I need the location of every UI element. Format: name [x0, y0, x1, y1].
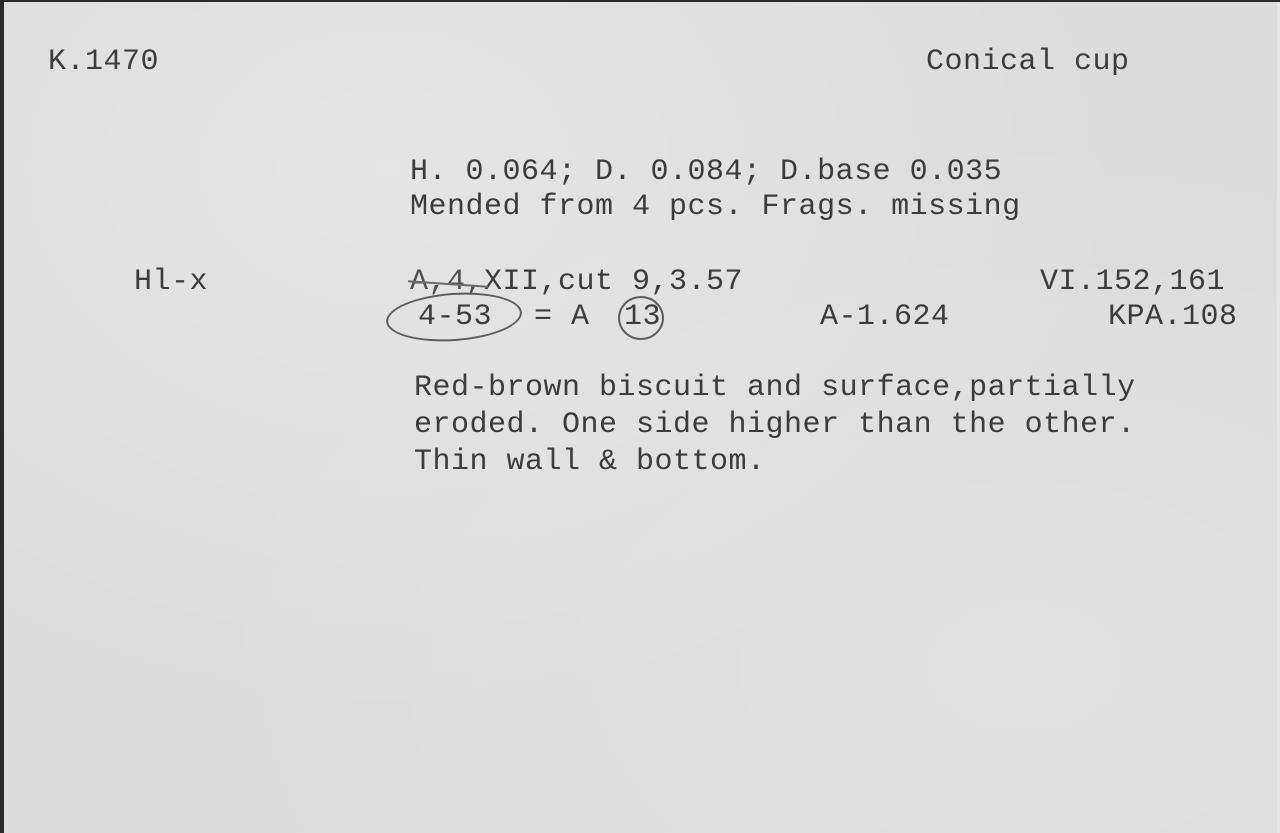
dimensions: H. 0.064; D. 0.084; D.base 0.035 [410, 154, 1002, 190]
description-line-3: Thin wall & bottom. [414, 444, 766, 480]
context-location: XII,cut 9,3.57 [484, 265, 743, 299]
side-code: Hl-x [134, 264, 208, 300]
circled-lot: 13 [624, 299, 661, 335]
description-line-1: Red-brown biscuit and surface,partially [414, 370, 1136, 406]
context-line: A,4,XII,cut 9,3.57 [410, 264, 743, 300]
description-line-2: eroded. One side higher than the other. [414, 407, 1136, 443]
catalog-number: K.1470 [48, 44, 159, 80]
inventory-number: A-1.624 [820, 299, 950, 335]
circled-number: 4-53 [418, 299, 492, 335]
struck-prefix: A,4, [410, 265, 484, 299]
equals-label: = A [534, 299, 590, 335]
notebook-reference: VI.152,161 [1040, 264, 1225, 300]
object-type: Conical cup [926, 44, 1130, 80]
condition: Mended from 4 pcs. Frags. missing [410, 189, 1021, 225]
kpa-reference: KPA.108 [1108, 299, 1238, 335]
catalog-card: K.1470 Conical cup H. 0.064; D. 0.084; D… [4, 2, 1280, 833]
